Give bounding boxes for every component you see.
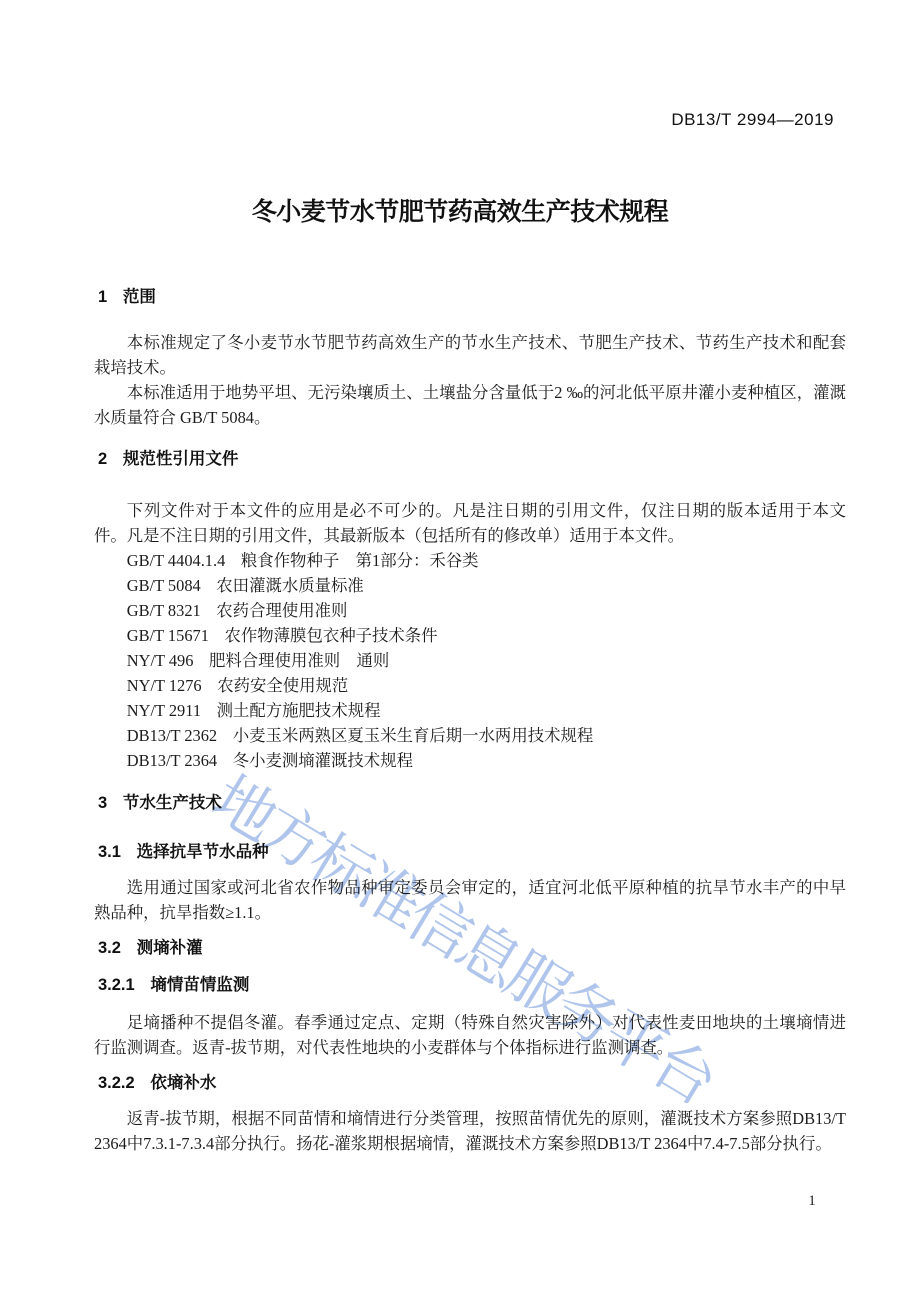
section-number: 3.2.1: [98, 976, 135, 994]
reference-code: GB/T 15671: [127, 626, 209, 645]
reference-code: NY/T 2911: [127, 701, 201, 720]
reference-title: 农作物薄膜包衣种子技术条件: [225, 626, 438, 645]
reference-code: NY/T 496: [127, 651, 194, 670]
normative-refs-intro: 下列文件对于本文件的应用是必不可少的。凡是注日期的引用文件，仅注日期的版本适用于…: [94, 498, 846, 548]
section-label: 依墒补水: [150, 1074, 216, 1092]
reference-code: DB13/T 2364: [127, 751, 217, 770]
reference-item: GB/T 15671农作物薄膜包衣种子技术条件: [94, 623, 846, 648]
reference-title: 测土配方施肥技术规程: [217, 701, 381, 720]
reference-title: 粮食作物种子 第1部分：禾谷类: [241, 551, 479, 570]
section-heading-scope: 1范围: [94, 285, 846, 310]
section-number: 3.2: [98, 939, 121, 957]
reference-item: GB/T 5084农田灌溉水质量标准: [94, 573, 846, 598]
section-number: 2: [98, 450, 107, 468]
replenish-paragraph: 返青-拔节期，根据不同苗情和墒情进行分类管理，按照苗情优先的原则，灌溉技术方案参…: [94, 1106, 846, 1156]
reference-code: GB/T 5084: [127, 576, 201, 595]
reference-item: NY/T 496肥料合理使用准则 通则: [94, 648, 846, 673]
reference-item: GB/T 8321农药合理使用准则: [94, 598, 846, 623]
section-heading-variety: 3.1选择抗旱节水品种: [94, 840, 846, 865]
section-heading-monitoring: 3.2.1墒情苗情监测: [94, 973, 846, 998]
monitoring-paragraph: 足墒播种不提倡冬灌。春季通过定点、定期（特殊自然灾害除外）对代表性麦田地块的土壤…: [94, 1010, 846, 1060]
reference-code: GB/T 8321: [127, 601, 201, 620]
reference-code: GB/T 4404.1.4: [127, 551, 226, 570]
reference-title: 肥料合理使用准则 通则: [209, 651, 389, 670]
scope-paragraph-2: 本标准适用于地势平坦、无污染壤质土、土壤盐分含量低于2 ‰的河北低平原井灌小麦种…: [94, 380, 846, 430]
document-body: 1范围 本标准规定了冬小麦节水节肥节药高效生产的节水生产技术、节肥生产技术、节药…: [94, 0, 846, 1156]
section-label: 范围: [123, 288, 156, 306]
reference-item: NY/T 2911测土配方施肥技术规程: [94, 698, 846, 723]
reference-title: 农药合理使用准则: [216, 601, 347, 620]
reference-list: GB/T 4404.1.4粮食作物种子 第1部分：禾谷类 GB/T 5084农田…: [94, 548, 846, 773]
section-number: 3.2.2: [98, 1074, 135, 1092]
reference-code: NY/T 1276: [127, 676, 202, 695]
section-heading-replenish: 3.2.2依墒补水: [94, 1071, 846, 1096]
page-number: 1: [800, 1190, 824, 1212]
section-number: 3: [98, 794, 107, 812]
section-label: 墒情苗情监测: [150, 976, 249, 994]
section-label: 选择抗旱节水品种: [137, 843, 269, 861]
section-heading-moisture-irrigation: 3.2测墒补灌: [94, 936, 846, 961]
reference-item: NY/T 1276农药安全使用规范: [94, 673, 846, 698]
reference-title: 农田灌溉水质量标准: [216, 576, 364, 595]
reference-code: DB13/T 2362: [127, 726, 217, 745]
reference-item: DB13/T 2364冬小麦测墒灌溉技术规程: [94, 748, 846, 773]
variety-paragraph: 选用通过国家或河北省农作物品种审定委员会审定的，适宜河北低平原种植的抗旱节水丰产…: [94, 875, 846, 925]
reference-title: 小麦玉米两熟区夏玉米生育后期一水两用技术规程: [233, 726, 594, 745]
reference-title: 冬小麦测墒灌溉技术规程: [233, 751, 413, 770]
section-number: 3.1: [98, 843, 121, 861]
document-page: 地方标准信息服务平台 DB13/T 2994—2019 冬小麦节水节肥节药高效生…: [0, 0, 920, 1302]
section-heading-water-saving: 3节水生产技术: [94, 791, 846, 816]
section-heading-normative-refs: 2规范性引用文件: [94, 447, 846, 472]
reference-title: 农药安全使用规范: [217, 676, 348, 695]
section-label: 节水生产技术: [123, 794, 222, 812]
reference-item: DB13/T 2362小麦玉米两熟区夏玉米生育后期一水两用技术规程: [94, 723, 846, 748]
reference-item: GB/T 4404.1.4粮食作物种子 第1部分：禾谷类: [94, 548, 846, 573]
section-label: 规范性引用文件: [123, 450, 239, 468]
scope-paragraph-1: 本标准规定了冬小麦节水节肥节药高效生产的节水生产技术、节肥生产技术、节药生产技术…: [94, 330, 846, 380]
section-label: 测墒补灌: [137, 939, 203, 957]
section-number: 1: [98, 288, 107, 306]
